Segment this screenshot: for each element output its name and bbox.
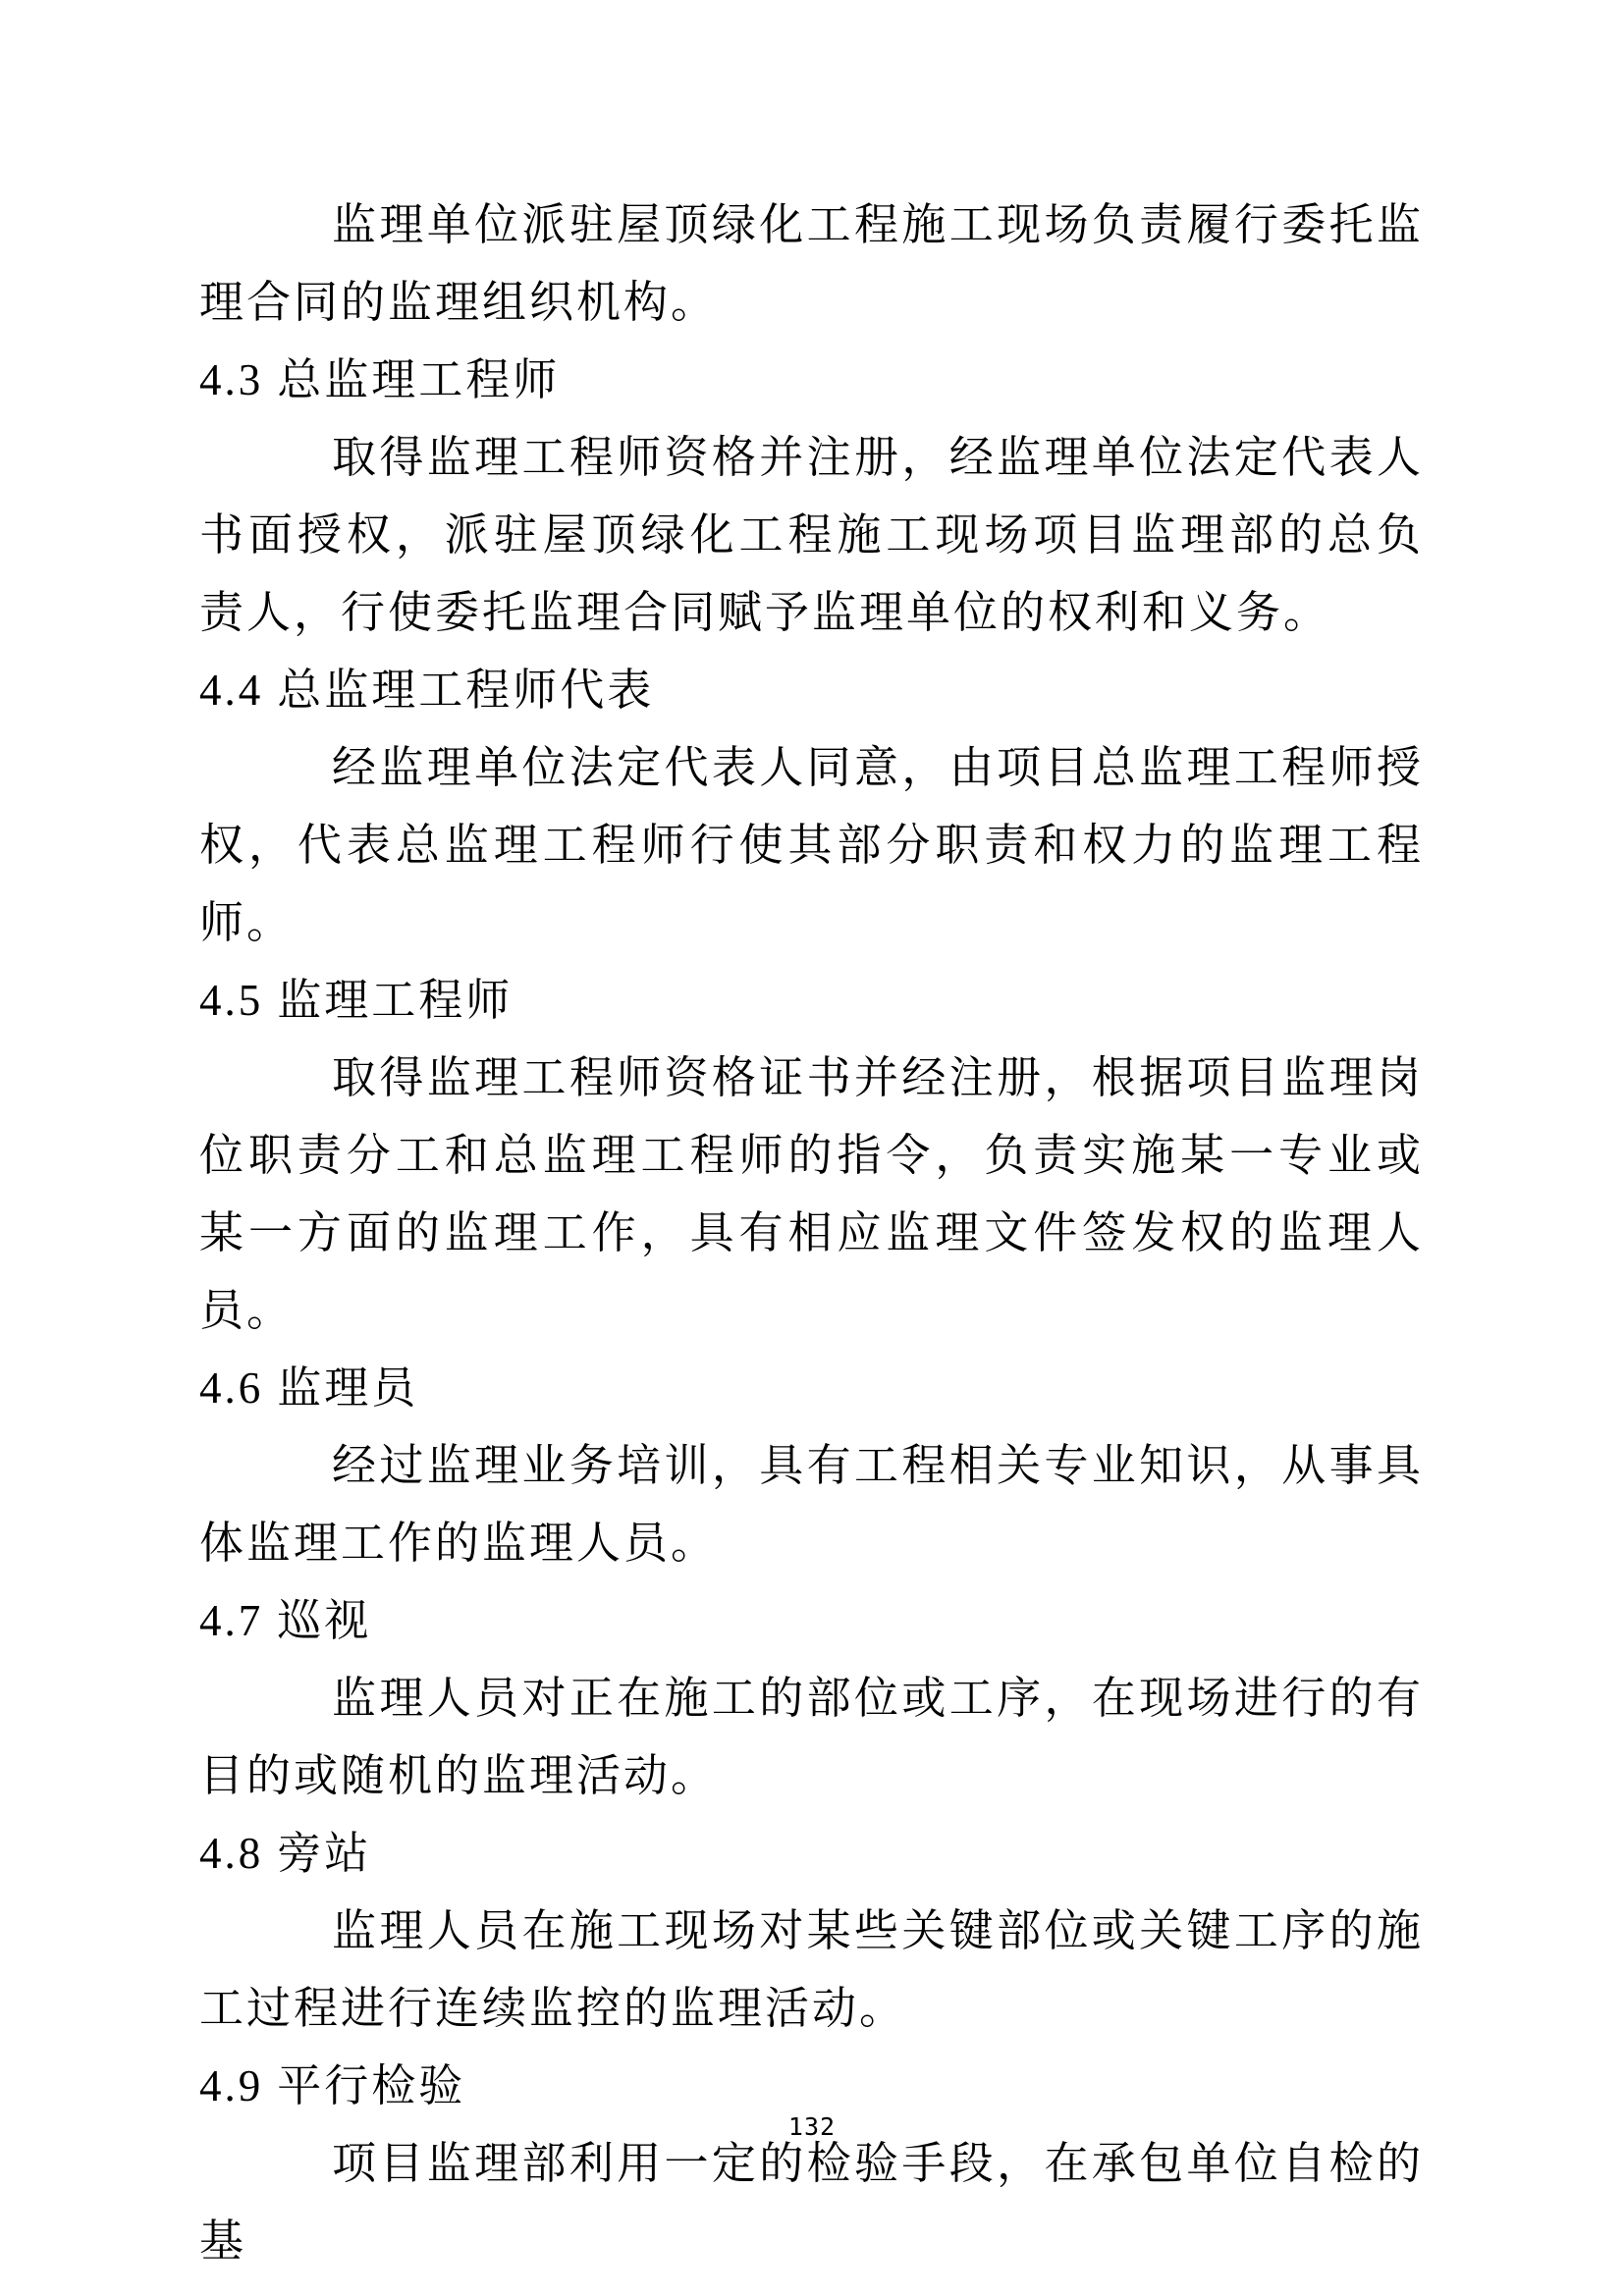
section-heading-4-5: 4.5监理工程师 [199, 962, 1424, 1040]
section-title: 监理工程师 [277, 976, 513, 1025]
section-body-4-3: 取得监理工程师资格并注册，经监理单位法定代表人书面授权，派驻屋顶绿化工程施工现场… [199, 419, 1424, 652]
section-heading-4-7: 4.7巡视 [199, 1582, 1424, 1660]
section-body-4-9: 项目监理部利用一定的检验手段，在承包单位自检的基 [199, 2125, 1424, 2280]
section-number: 4.3 [199, 355, 263, 404]
document-page: 监理单位派驻屋顶绿化工程施工现场负责履行委托监理合同的监理组织机构。 4.3总监… [0, 0, 1624, 2296]
section-title: 旁站 [277, 1829, 371, 1878]
section-title: 平行检验 [277, 2061, 465, 2110]
section-heading-4-6: 4.6监理员 [199, 1350, 1424, 1427]
page-content: 监理单位派驻屋顶绿化工程施工现场负责履行委托监理合同的监理组织机构。 4.3总监… [199, 187, 1424, 2280]
section-body-4-8: 监理人员在施工现场对某些关键部位或关键工序的施工过程进行连续监控的监理活动。 [199, 1893, 1424, 2048]
section-number: 4.9 [199, 2061, 263, 2110]
section-body-4-6: 经过监理业务培训，具有工程相关专业知识，从事具体监理工作的监理人员。 [199, 1427, 1424, 1582]
section-number: 4.5 [199, 976, 263, 1025]
section-number: 4.4 [199, 666, 263, 715]
page-number: 132 [0, 2112, 1624, 2141]
section-number: 4.6 [199, 1363, 263, 1413]
section-heading-4-8: 4.8旁站 [199, 1815, 1424, 1893]
section-body-4-7: 监理人员对正在施工的部位或工序，在现场进行的有目的或随机的监理活动。 [199, 1660, 1424, 1815]
section-title: 总监理工程师 [277, 355, 560, 404]
section-number: 4.7 [199, 1596, 263, 1645]
intro-paragraph: 监理单位派驻屋顶绿化工程施工现场负责履行委托监理合同的监理组织机构。 [199, 187, 1424, 342]
section-heading-4-4: 4.4总监理工程师代表 [199, 652, 1424, 729]
section-body-4-5: 取得监理工程师资格证书并经注册，根据项目监理岗位职责分工和总监理工程师的指令，负… [199, 1040, 1424, 1350]
section-heading-4-3: 4.3总监理工程师 [199, 342, 1424, 419]
section-number: 4.8 [199, 1829, 263, 1878]
section-title: 监理员 [277, 1363, 418, 1413]
section-body-4-4: 经监理单位法定代表人同意，由项目总监理工程师授权，代表总监理工程师行使其部分职责… [199, 729, 1424, 962]
section-title: 总监理工程师代表 [277, 666, 654, 715]
section-title: 巡视 [277, 1596, 371, 1645]
